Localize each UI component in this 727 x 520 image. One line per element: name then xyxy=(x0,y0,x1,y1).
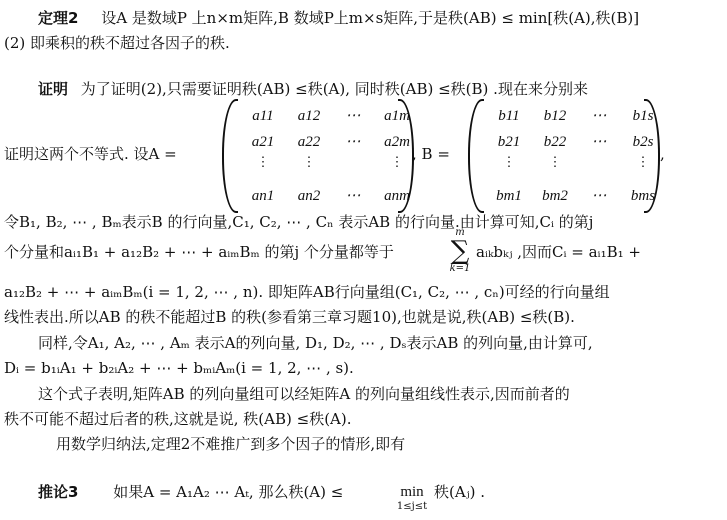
matrix-cell: b12 xyxy=(532,103,578,129)
matrix-cell xyxy=(332,155,374,181)
proof-line-7: 同样,令A₁, A₂, ⋯ , Aₘ 表示A的列向量, D₁, D₂, ⋯ , … xyxy=(38,333,593,353)
proof-line-5: a₁₂B₂ + ⋯ + aᵢₘBₘ(i = 1, 2, ⋯ , n). 即矩阵A… xyxy=(4,282,610,302)
matrix-cell: ⋯ xyxy=(332,129,374,155)
matrix-cell: ⋯ xyxy=(332,103,374,129)
theorem-2-statement: 设A 是数域P 上n×m矩阵,B 数域P上m×s矩阵,于是秩(AB) ≤ min… xyxy=(101,9,639,27)
matrix-cell: an2 xyxy=(286,183,332,209)
matrix-cell: bm1 xyxy=(486,183,532,209)
matrix-cell: ⋯ xyxy=(578,183,620,209)
matrix-cell: ⋮ xyxy=(286,155,332,183)
corollary-3-suffix: 秩(Aⱼ) . xyxy=(434,482,485,502)
left-paren xyxy=(468,99,484,213)
matrix-cell: bms xyxy=(620,183,666,209)
proof-matrix-B-prefix: , B = xyxy=(412,144,450,164)
proof-line-6: 线性表出.所以AB 的秩不能超过B 的秩(参看第三章习题10),也就是说,秩(A… xyxy=(4,307,575,327)
proof-line-4-prefix: 个分量和aᵢ₁B₁ + a₁₂B₂ + ⋯ + aᵢₘBₘ 的第j 个分量都等于 xyxy=(4,243,394,261)
corollary-3-prefix: 如果A = A₁A₂ ⋯ Aₜ, 那么秩(A) ≤ xyxy=(113,483,343,501)
matrix-cell: b1s xyxy=(620,103,666,129)
matrix-cell: ⋮ xyxy=(240,155,286,183)
matrix-cell: anm xyxy=(374,183,420,209)
proof-line-1: 证明 为了证明(2),只需要证明秩(AB) ≤秩(A), 同时秩(AB) ≤秩(… xyxy=(38,79,588,99)
corollary-3: 推论3 如果A = A₁A₂ ⋯ Aₜ, 那么秩(A) ≤ xyxy=(38,482,343,502)
matrix-cell: a21 xyxy=(240,129,286,155)
matrix-cell: b21 xyxy=(486,129,532,155)
matrix-cell: ⋯ xyxy=(578,103,620,129)
proof-line-8: Dᵢ = b₁ᵢA₁ + b₂ᵢA₂ + ⋯ + bₘᵢAₘ(i = 1, 2,… xyxy=(4,358,354,378)
proof-line-9: 这个式子表明,矩阵AB 的列向量组可以经矩阵A 的列向量组线性表示,因而前者的 xyxy=(38,384,570,404)
summation: m ∑ k=1 xyxy=(448,228,472,274)
min-label: min xyxy=(390,482,434,502)
proof-line-4-suffix: aᵢₖbₖⱼ ,因而Cᵢ = aᵢ₁B₁ + xyxy=(476,242,641,262)
matrix-cell: a1m xyxy=(374,103,420,129)
min-operator: min 1≤j≤t xyxy=(390,482,434,512)
proof-matrix-suffix: , xyxy=(660,144,665,164)
matrix-cell: bm2 xyxy=(532,183,578,209)
matrix-cell: a12 xyxy=(286,103,332,129)
matrix-A: a11a12⋯a1ma21a22⋯a2m⋮⋮⋮an1an2⋯anm xyxy=(222,99,414,209)
theorem-2-label: 定理2 xyxy=(38,9,78,27)
min-subscript: 1≤j≤t xyxy=(390,502,434,512)
matrix-cell: ⋮ xyxy=(486,155,532,183)
corollary-3-label: 推论3 xyxy=(38,483,78,501)
matrix-cell: a22 xyxy=(286,129,332,155)
sum-symbol: ∑ xyxy=(448,238,472,264)
proof-intro: 为了证明(2),只需要证明秩(AB) ≤秩(A), 同时秩(AB) ≤秩(B) … xyxy=(81,80,588,98)
matrix-B: b11b12⋯b1sb21b22⋯b2s⋮⋮⋮bm1bm2⋯bms xyxy=(468,99,660,209)
left-paren xyxy=(222,99,238,213)
theorem-2-line-1: 定理2 设A 是数域P 上n×m矩阵,B 数域P上m×s矩阵,于是秩(AB) ≤… xyxy=(38,8,639,28)
sum-lower-limit: k=1 xyxy=(448,264,472,274)
theorem-2-line-2: (2) 即乘积的秩不超过各因子的秩. xyxy=(4,33,230,53)
matrix-cell: b11 xyxy=(486,103,532,129)
matrix-cell: a11 xyxy=(240,103,286,129)
proof-label: 证明 xyxy=(38,80,68,98)
matrix-cell: ⋯ xyxy=(332,183,374,209)
proof-matrix-A-prefix: 证明这两个不等式. 设A = xyxy=(4,144,177,164)
proof-line-3: 令B₁, B₂, ⋯ , Bₘ表示B 的行向量,C₁, C₂, ⋯ , Cₙ 表… xyxy=(4,212,593,232)
proof-line-4: 个分量和aᵢ₁B₁ + a₁₂B₂ + ⋯ + aᵢₘBₘ 的第j 个分量都等于 xyxy=(4,242,394,262)
matrix-cell: b22 xyxy=(532,129,578,155)
matrix-cell xyxy=(578,155,620,181)
matrix-cell: ⋮ xyxy=(532,155,578,183)
proof-line-10: 秩不可能不超过后者的秩,这就是说, 秩(AB) ≤秩(A). xyxy=(4,409,352,429)
proof-line-11: 用数学归纳法,定理2不难推广到多个因子的情形,即有 xyxy=(56,434,405,454)
matrix-cell: ⋯ xyxy=(578,129,620,155)
matrix-cell: an1 xyxy=(240,183,286,209)
